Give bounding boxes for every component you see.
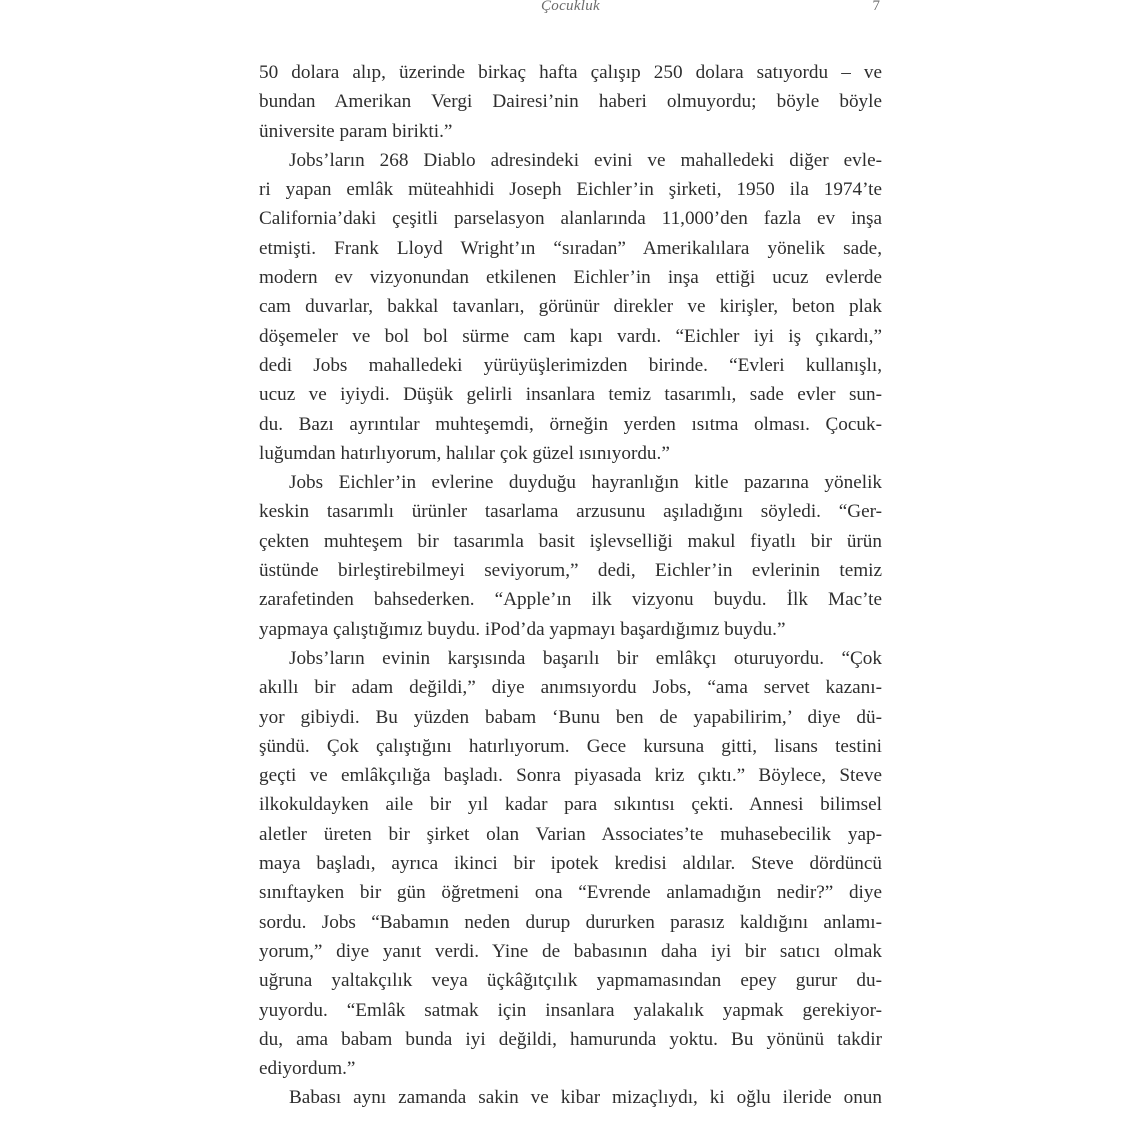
text-line: cam duvarlar, bakkal tavanları, görünür … — [259, 292, 882, 321]
text-line: maya başladı, ayrıca ikinci bir ipotek k… — [259, 849, 882, 878]
paragraph: Babası aynı zamanda sakin ve kibar mizaç… — [259, 1083, 882, 1112]
text-line: üniversite param birikti.” — [259, 117, 882, 146]
text-line: yapmaya çalıştığımız buydu. iPod’da yapm… — [259, 615, 882, 644]
text-line: du. Bazı ayrıntılar muhteşemdi, örneğin … — [259, 410, 882, 439]
text-line: luğumdan hatırlıyorum, halılar çok güzel… — [259, 439, 882, 468]
text-line: sınıftayken bir gün öğretmeni ona “Evren… — [259, 878, 882, 907]
body-text: 50 dolara alıp, üzerinde birkaç hafta ça… — [259, 58, 882, 1113]
text-line: ri yapan emlâk müteahhidi Joseph Eichler… — [259, 175, 882, 204]
text-line: yor gibiydi. Bu yüzden babam ‘Bunu ben d… — [259, 703, 882, 732]
text-line: uğruna yaltakçılık veya üçkâğıtçılık yap… — [259, 966, 882, 995]
text-line: 50 dolara alıp, üzerinde birkaç hafta ça… — [259, 58, 882, 87]
text-line: zarafetinden bahsederken. “Apple’ın ilk … — [259, 585, 882, 614]
text-line: ediyordum.” — [259, 1054, 882, 1083]
running-head: Çocukluk 7 — [259, 0, 882, 20]
text-line: bundan Amerikan Vergi Dairesi’nin haberi… — [259, 87, 882, 116]
paragraph: 50 dolara alıp, üzerinde birkaç hafta ça… — [259, 58, 882, 146]
text-line: ucuz ve iyiydi. Düşük gelirli insanlara … — [259, 380, 882, 409]
paragraph: Jobs’ların 268 Diablo adresindeki evini … — [259, 146, 882, 468]
text-line: etmişti. Frank Lloyd Wright’ın “sıradan”… — [259, 234, 882, 263]
text-line: sordu. Jobs “Babamın neden durup dururke… — [259, 908, 882, 937]
text-line: keskin tasarımlı ürünler tasarlama arzus… — [259, 497, 882, 526]
text-line: yorum,” diye yanıt verdi. Yine de babası… — [259, 937, 882, 966]
text-line: yuyordu. “Emlâk satmak için insanlara ya… — [259, 996, 882, 1025]
text-line: akıllı bir adam değildi,” diye anımsıyor… — [259, 673, 882, 702]
text-line: Jobs’ların evinin karşısında başarılı bi… — [259, 644, 882, 673]
text-line: çekten muhteşem bir tasarımla basit işle… — [259, 527, 882, 556]
text-line: geçti ve emlâkçılığa başladı. Sonra piya… — [259, 761, 882, 790]
running-title: Çocukluk — [259, 0, 882, 15]
paragraph: Jobs’ların evinin karşısında başarılı bi… — [259, 644, 882, 1083]
book-page: Çocukluk 7 50 dolara alıp, üzerinde birk… — [0, 0, 1140, 1140]
text-line: aletler üreten bir şirket olan Varian As… — [259, 820, 882, 849]
text-line: dedi Jobs mahalledeki yürüyüşlerimizden … — [259, 351, 882, 380]
text-line: modern ev vizyonundan etkilenen Eichler’… — [259, 263, 882, 292]
text-line: Jobs Eichler’in evlerine duyduğu hayranl… — [259, 468, 882, 497]
text-line: du, ama babam bunda iyi değildi, hamurun… — [259, 1025, 882, 1054]
text-line: California’daki çeşitli parselasyon alan… — [259, 204, 882, 233]
text-line: Jobs’ların 268 Diablo adresindeki evini … — [259, 146, 882, 175]
text-line: döşemeler ve bol bol sürme cam kapı vard… — [259, 322, 882, 351]
text-line: üstünde birleştirebilmeyi seviyorum,” de… — [259, 556, 882, 585]
text-line: ilkokuldayken aile bir yıl kadar para sı… — [259, 790, 882, 819]
text-line: şündü. Çok çalıştığını hatırlıyorum. Gec… — [259, 732, 882, 761]
text-line: Babası aynı zamanda sakin ve kibar mizaç… — [259, 1083, 882, 1112]
page-number: 7 — [873, 0, 881, 15]
paragraph: Jobs Eichler’in evlerine duyduğu hayranl… — [259, 468, 882, 644]
